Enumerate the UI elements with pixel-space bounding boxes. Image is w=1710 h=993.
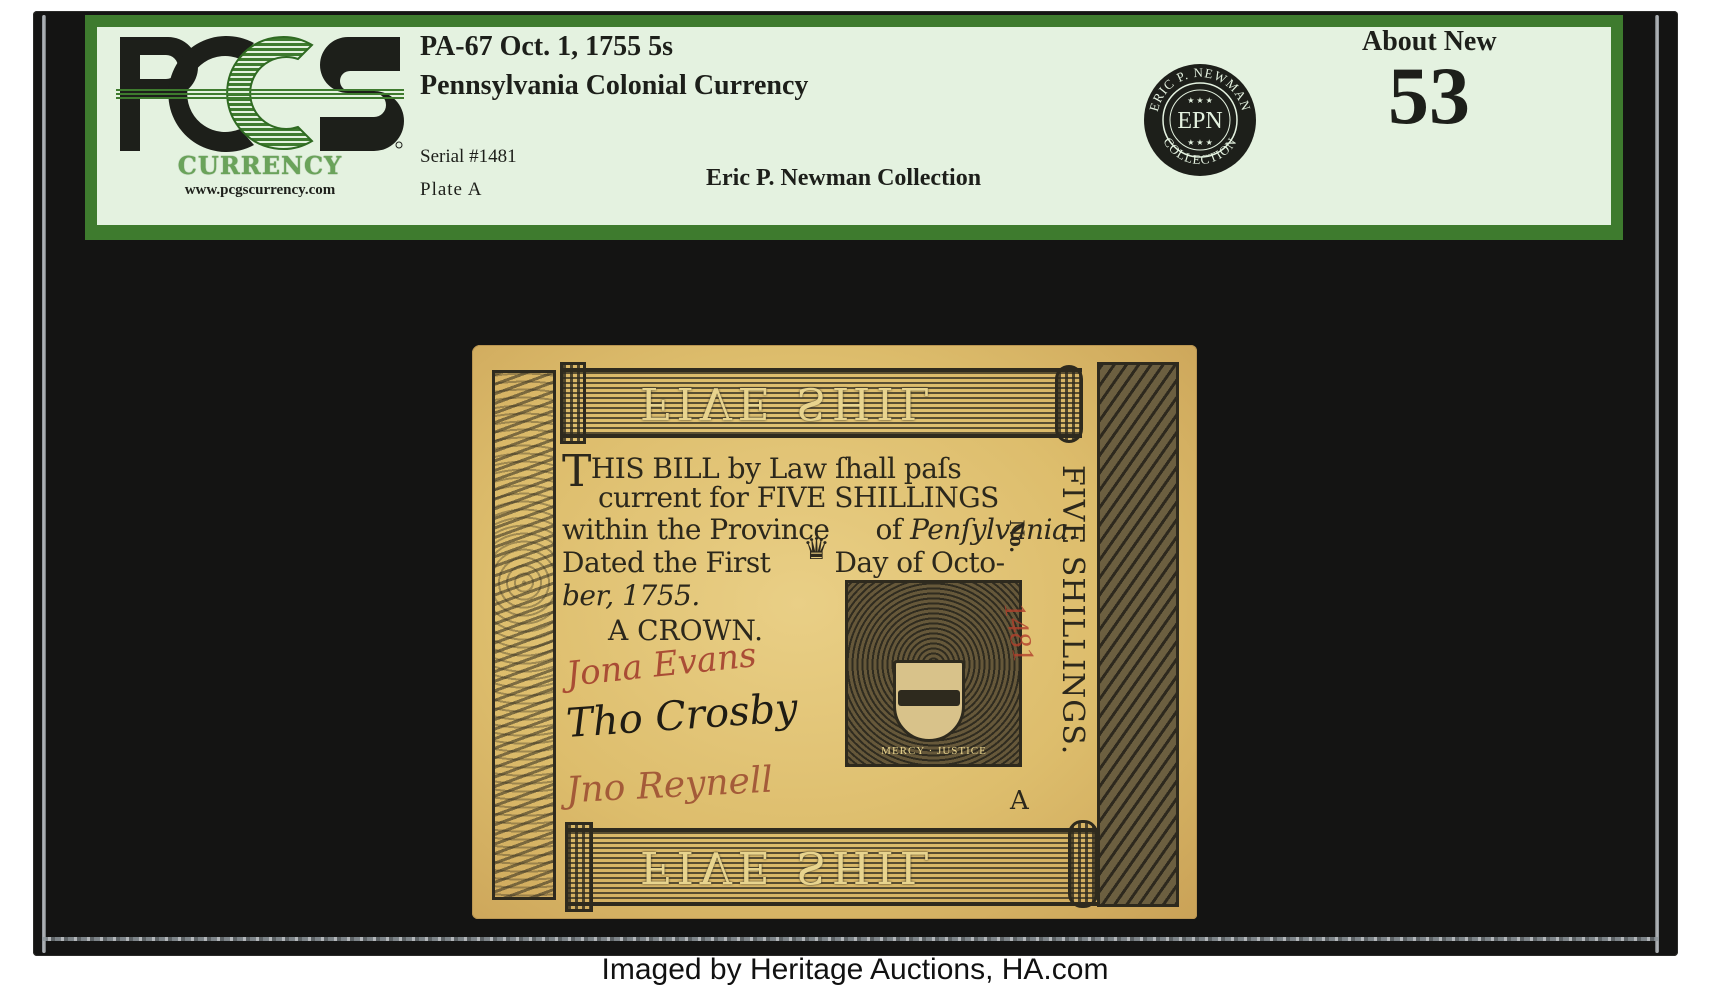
note-text-line-4: Dated the FirstDay of Octo-	[562, 549, 1005, 577]
column-cap-icon	[560, 362, 586, 444]
svg-text:★ ★ ★: ★ ★ ★	[1187, 96, 1213, 105]
vertical-denomination: FIVE SHILLINGS.	[1055, 465, 1090, 755]
holder-edge-bottom	[42, 937, 1659, 941]
note-text: within the Province	[562, 513, 830, 546]
vignette-motto: MERCY · JUSTICE	[855, 745, 1013, 757]
note-dropcap: T	[562, 446, 591, 497]
serial-number: Serial #1481	[420, 147, 517, 166]
grade-number: 53	[1388, 55, 1470, 137]
pedigree-collection: Eric P. Newman Collection	[706, 166, 981, 190]
column-scroll-icon	[1055, 365, 1083, 443]
note-top-bar-text: FIVE SHIL	[640, 380, 935, 424]
note-text-line-5: ber, 1755.	[562, 582, 700, 610]
holder-edge-left	[42, 15, 46, 953]
note-bottom-bar-text: FIVE SHIL	[640, 844, 935, 888]
image-credit-caption: Imaged by Heritage Auctions, HA.com	[0, 955, 1710, 985]
note-left-ornamental-border	[492, 370, 556, 900]
note-text-line-2: current for FIVE SHILLINGS	[598, 484, 999, 512]
note-catalog-title: PA-67 Oct. 1, 1755 5s	[420, 33, 673, 61]
pcgs-url: www.pcgscurrency.com	[150, 183, 370, 198]
note-text: Dated the First	[562, 546, 770, 579]
note-text: Day of Octo-	[834, 546, 1004, 579]
note-right-ornamental-border	[1097, 362, 1179, 907]
note-plate-letter: A	[1010, 786, 1029, 816]
epn-collection-seal-icon: ERIC P. NEWMAN COLLECTION EPN ★ ★ ★ ★ ★ …	[1143, 63, 1257, 177]
shield-band	[898, 690, 960, 706]
plate-letter-label: Plate A	[420, 180, 482, 199]
pcgs-currency-wordmark: CURRENCY	[116, 154, 404, 178]
column-scroll-icon	[1068, 820, 1098, 908]
note-text: of	[876, 513, 902, 546]
svg-text:★ ★ ★: ★ ★ ★	[1187, 138, 1213, 147]
svg-text:EPN: EPN	[1177, 108, 1222, 134]
column-cap-icon	[565, 822, 593, 912]
number-label: No.	[1004, 520, 1030, 552]
holder-edge-right	[1655, 15, 1659, 953]
note-text: Penſylvania.	[910, 513, 1076, 546]
crown-icon: ♛	[803, 535, 830, 565]
note-series-subtitle: Pennsylvania Colonial Currency	[420, 72, 808, 100]
